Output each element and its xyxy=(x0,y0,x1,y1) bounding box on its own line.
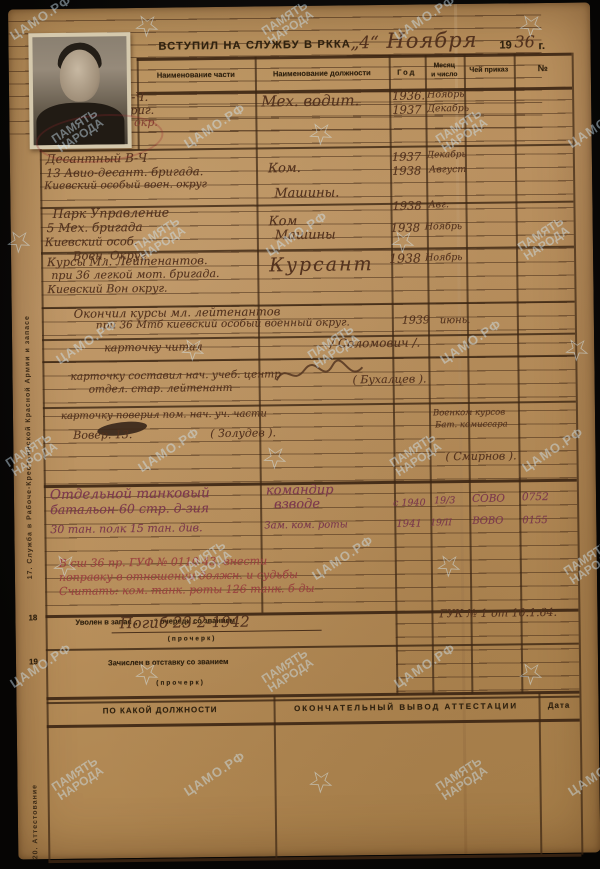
entry-month: Август xyxy=(429,164,467,175)
portrait-face xyxy=(60,49,101,101)
card-read-label: карточку читал xyxy=(104,340,203,354)
entry-unit: Киевский особый воен. округ xyxy=(44,178,207,192)
col-header-year: Год xyxy=(389,67,425,76)
commissar-note: Военком курсов xyxy=(433,408,505,419)
entry-unit: 30 тан. полк 15 тан. див. xyxy=(50,521,202,536)
col-header-position: Наименование должности xyxy=(255,68,389,79)
rule-line xyxy=(48,854,581,863)
signature-scribble xyxy=(274,359,364,390)
card-check-note: Вовер. 13. xyxy=(73,428,132,442)
entry-number: 0752 xyxy=(522,491,549,503)
commissar-note: Бат. комиссара xyxy=(435,419,508,430)
entry-year: 1938 xyxy=(389,251,421,266)
entry-unit: при 36 легкой мот. бригада. xyxy=(51,267,219,282)
entry-month: Декабрь xyxy=(427,103,469,115)
rule-line xyxy=(47,719,580,728)
col-header-order: Чей приказ xyxy=(464,66,514,74)
col-header-month-2: и число xyxy=(425,71,464,78)
entry-day: 19/3 xyxy=(434,495,455,506)
document-sheet: ВСТУПИЛ НА СЛУЖБУ В РККА „4“ Ноября 19 3… xyxy=(8,2,600,859)
margin-row-18: 18 xyxy=(28,613,37,622)
graduation-year: 1939 xyxy=(402,313,430,326)
scan-background: { "header": { "title": "ВСТУПИЛ НА СЛУЖБ… xyxy=(0,0,600,869)
entry-year: 1938 xyxy=(391,221,420,235)
bottom-col-position: ПО КАКОЙ ДОЛЖНОСТИ xyxy=(47,704,274,716)
entry-order: СОВО xyxy=(472,493,505,505)
entry-position: Ком. xyxy=(268,161,301,176)
entry-month: Ноябрь xyxy=(427,89,464,100)
row19-printed: Зачислен в отставку со званием xyxy=(108,657,229,667)
card-made-note: карточку составил нач. учеб. центр xyxy=(70,368,281,383)
entry-unit: батальон 60 стр. д-зия xyxy=(50,500,209,517)
ruled-lines-rows18-19 xyxy=(395,609,579,695)
entry-position: взводе xyxy=(274,497,320,513)
commissar-sign: ( Смирнов ). xyxy=(445,449,516,463)
margin-section-20: 20. Аттестование xyxy=(31,707,40,859)
bottom-col-conclusion: ОКОНЧАТЕЛЬНЫЙ ВЫВОД АТТЕСТАЦИИ xyxy=(274,701,539,713)
entry-unit: Киевский особ. xyxy=(45,234,138,249)
entry-year: 1937 xyxy=(392,150,421,164)
row18-sub: (прочерк) xyxy=(168,635,217,643)
card-made-note: отдел. стар. лейтенант xyxy=(89,382,233,396)
entry-year: 1938 xyxy=(392,164,421,178)
entry-position: Машины. xyxy=(274,186,339,202)
card-read-sign: / Соломович /. xyxy=(330,336,420,351)
column-line xyxy=(273,696,276,858)
entry-position: Мех. водит. xyxy=(261,91,359,110)
card-made-sign: ( Бухалцев ). xyxy=(352,372,426,386)
entry-unit: Киевский Вон округ. xyxy=(47,282,167,296)
margin-row-19: 19 xyxy=(29,657,38,666)
entry-day: 19/II xyxy=(430,518,452,528)
entry-year: 1937 xyxy=(392,103,421,117)
row18-order: ГУК № 1 от 10.1.64. xyxy=(439,606,557,620)
entry-unit: Парк Управление xyxy=(52,205,169,221)
entry-year: 1936. xyxy=(392,88,425,102)
entry-year: 1938 xyxy=(392,199,421,213)
entry-month: Ноябрь xyxy=(425,252,462,263)
column-line xyxy=(538,693,541,855)
form-title: ВСТУПИЛ НА СЛУЖБУ В РККА xyxy=(158,38,351,52)
entry-order: ВОВО xyxy=(472,516,503,527)
year-underline xyxy=(497,37,539,55)
correction-note: В сш 36 пр. ГУФ № 0110 43. внести xyxy=(59,554,268,570)
entry-number: 0155 xyxy=(522,515,548,526)
row19-sub: (прочерк) xyxy=(156,679,205,687)
row18-blank-line xyxy=(111,614,321,634)
col-header-unit: Наименование части xyxy=(137,70,255,80)
entry-unit: 5 Мех. бригада xyxy=(47,220,143,235)
bottom-col-date: Дата xyxy=(539,701,580,711)
entry-position: Машины xyxy=(275,228,336,244)
col-header-number: № xyxy=(514,63,572,74)
graduation-month: июнь. xyxy=(440,315,471,326)
entry-month: Декабрь xyxy=(427,150,467,160)
entry-year: 1941 xyxy=(396,519,422,530)
entry-position: Зам. ком. роты xyxy=(264,519,348,531)
entry-month: Авг. xyxy=(428,199,449,210)
col-header-month-1: Месяц xyxy=(425,62,464,69)
margin-section-17: 17. Служба в Рабоче-Крестьянской Красной… xyxy=(22,159,34,579)
card-check-sign: ( Золудев ). xyxy=(210,426,276,440)
entry-month: Ноябрь xyxy=(425,221,462,232)
entry-position: Курсант xyxy=(269,253,374,276)
entry-year: с 1940 xyxy=(393,497,426,508)
